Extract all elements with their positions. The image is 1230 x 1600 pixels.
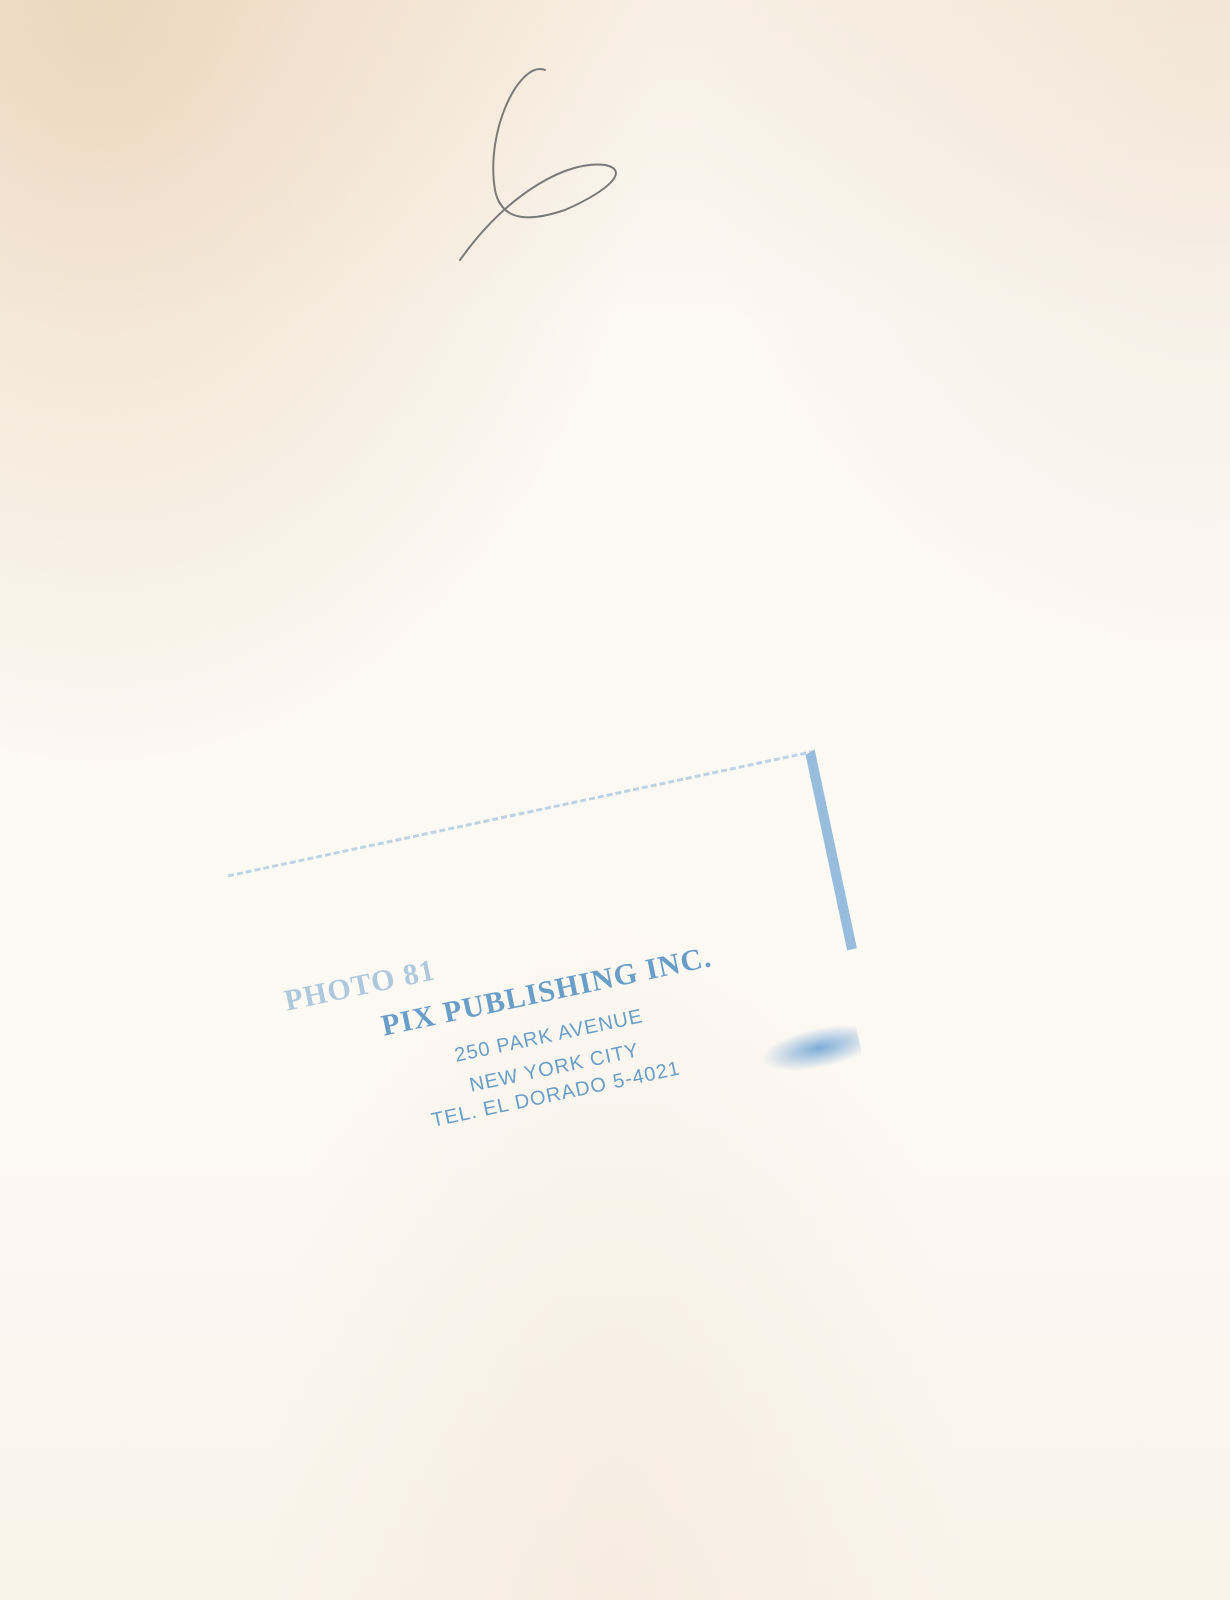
stamp-border: [228, 750, 857, 1073]
handwritten-pencil-mark: [440, 40, 640, 280]
photo-back-paper: PHOTO 81 PIX PUBLISHING INC. 250 PARK AV…: [0, 0, 1230, 1600]
ink-smudge: [757, 1020, 863, 1080]
